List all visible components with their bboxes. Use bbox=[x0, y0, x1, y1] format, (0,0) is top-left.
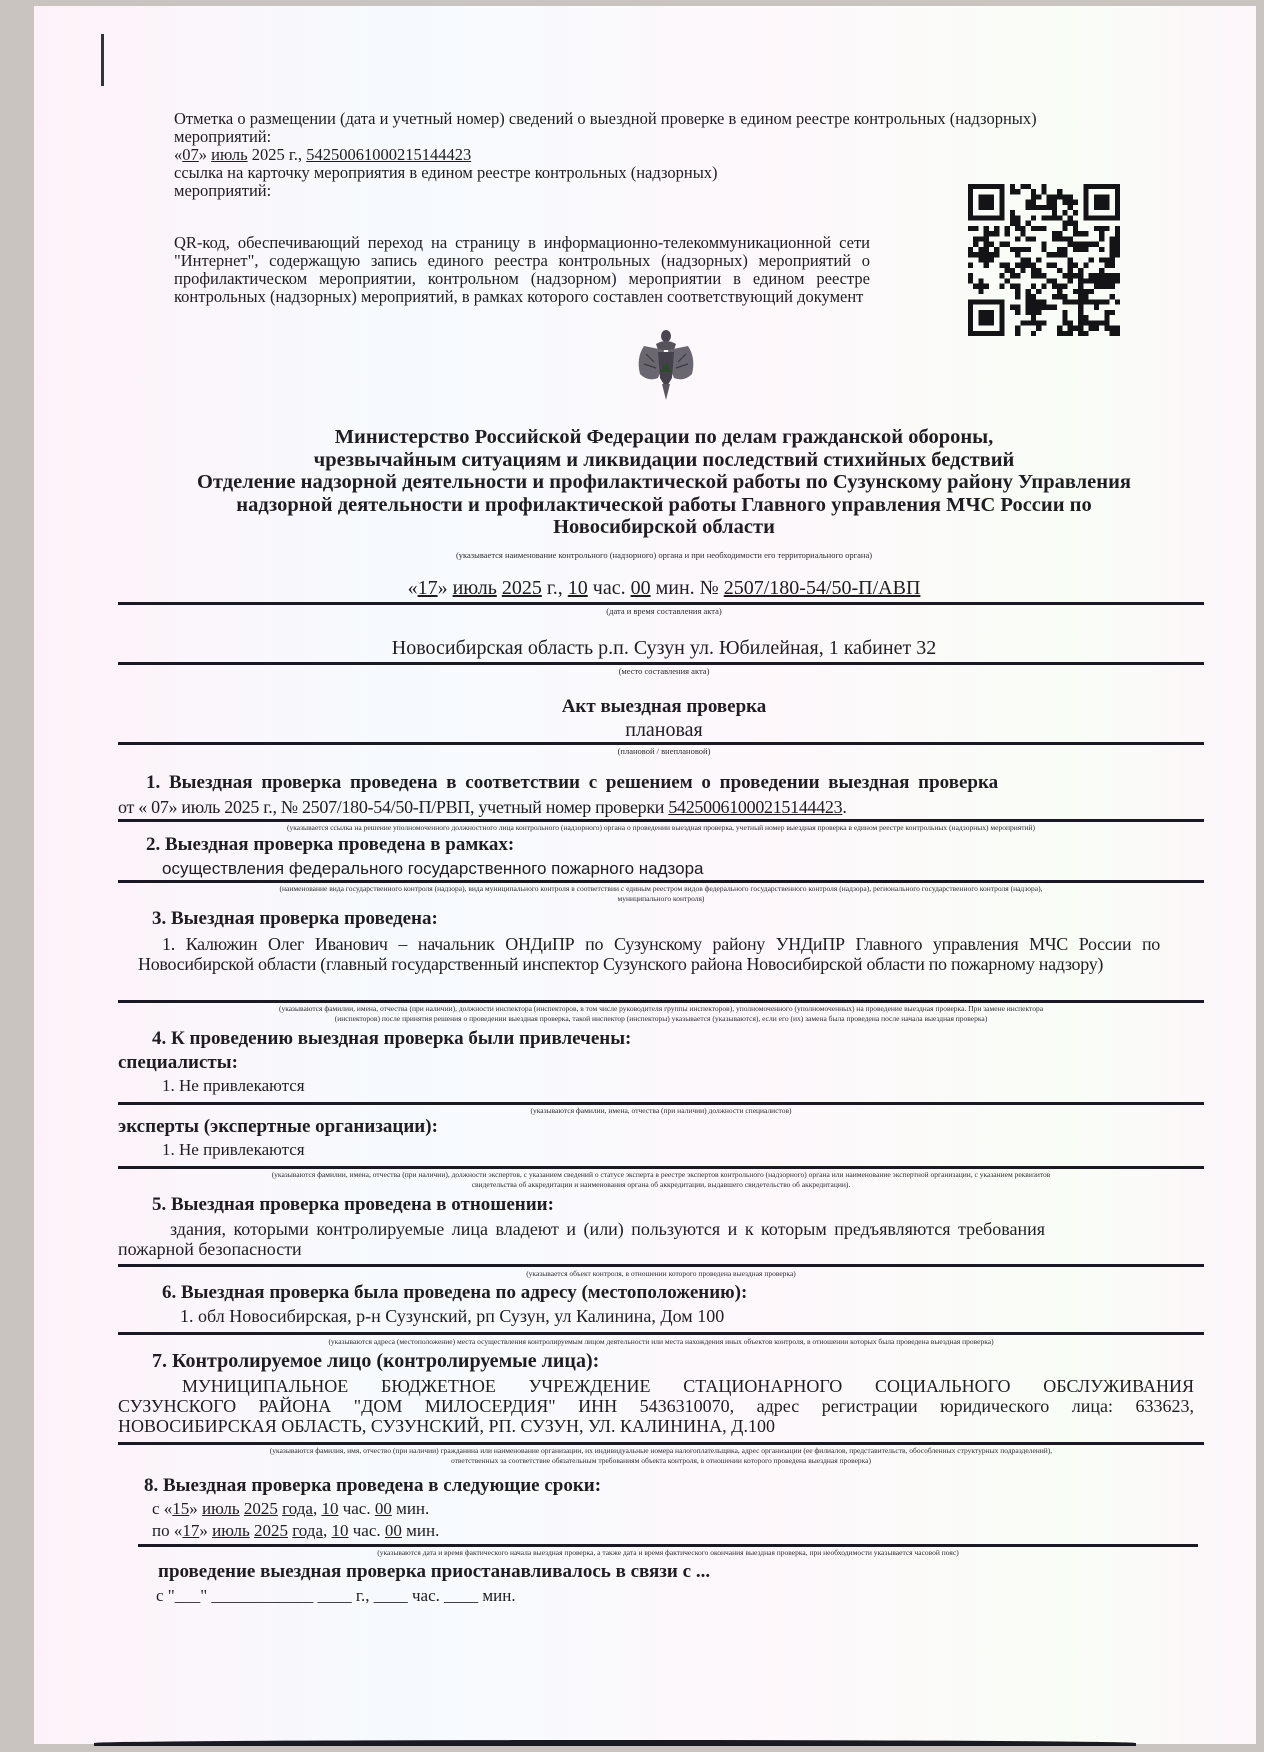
qr-description: QR-код, обеспечивающий переход на страни… bbox=[174, 234, 870, 306]
registry-date-month: июль bbox=[211, 145, 248, 164]
divider bbox=[118, 880, 1204, 883]
act-datetime: «17» июль 2025 г., 10 час. 00 мин. № 250… bbox=[144, 577, 1184, 599]
act-type: плановая bbox=[144, 719, 1184, 741]
divider bbox=[118, 662, 1204, 665]
suspension-period-line: с "___" ____________ ____ г., ____ час. … bbox=[156, 1586, 956, 1606]
section-5-value-line2: пожарной безопасности bbox=[118, 1239, 718, 1259]
section-1-registry-number: 54250061000215144423 bbox=[668, 797, 842, 817]
section-8-title: 8. Выездная проверка проведена в следующ… bbox=[144, 1475, 1144, 1496]
act-place-hint: (место составления акта) bbox=[144, 666, 1184, 676]
divider bbox=[118, 1332, 1204, 1335]
registry-notice-line2: мероприятий: bbox=[174, 128, 1134, 146]
act-year: 2025 bbox=[502, 577, 542, 599]
section-3-hint: (указываются фамилии, имена, отчества (п… bbox=[118, 1004, 1204, 1024]
section-1-body: от « 07» июль 2025 г., № 2507/180-54/50-… bbox=[118, 797, 1198, 817]
registry-date-day: 07 bbox=[182, 145, 199, 164]
emchs-emblem-icon bbox=[634, 328, 698, 402]
act-number: 2507/180-54/50-П/АВП bbox=[724, 577, 921, 599]
scan-edge-shadow bbox=[94, 1740, 1136, 1746]
divider bbox=[118, 1264, 1204, 1267]
section-2-hint: (наименование вида государственного конт… bbox=[118, 884, 1204, 904]
divider bbox=[138, 1544, 1198, 1547]
scanned-document-page: Отметка о размещении (дата и учетный ном… bbox=[34, 6, 1256, 1744]
section-1-title: 1. Выездная проверка проведена в соответ… bbox=[146, 772, 1196, 793]
specialists-label: специалисты: bbox=[118, 1052, 718, 1073]
divider bbox=[118, 602, 1204, 605]
registry-notice-line1: Отметка о размещении (дата и учетный ном… bbox=[174, 110, 1134, 128]
section-1-hint: (указывается ссылка на решение уполномоч… bbox=[118, 823, 1204, 833]
experts-hint: (указываются фамилии, имена, отчества (п… bbox=[118, 1170, 1204, 1190]
qr-code-icon[interactable] bbox=[968, 184, 1120, 336]
section-4-title: 4. К проведению выездная проверка были п… bbox=[152, 1028, 1152, 1049]
act-type-hint: (плановой / внеплановой) bbox=[144, 746, 1184, 756]
divider bbox=[118, 1166, 1204, 1169]
section-7-title: 7. Контролируемое лицо (контролируемые л… bbox=[152, 1351, 1152, 1372]
organization-hint: (указывается наименование контрольного (… bbox=[144, 550, 1184, 560]
specialists-value: 1. Не привлекаются bbox=[162, 1076, 762, 1096]
divider bbox=[118, 1102, 1204, 1105]
suspension-title: проведение выездная проверка приостанавл… bbox=[158, 1561, 1158, 1582]
inspection-end: по «17» июль 2025 года, 10 час. 00 мин. bbox=[152, 1521, 952, 1541]
section-5-title: 5. Выездная проверка проведена в отношен… bbox=[152, 1194, 1152, 1215]
act-title: Акт выездная проверка bbox=[144, 696, 1184, 717]
act-hour: 10 bbox=[568, 577, 588, 599]
act-place: Новосибирская область р.п. Сузун ул. Юби… bbox=[144, 637, 1184, 659]
section-6-value: 1. обл Новосибирская, р-н Сузунский, рп … bbox=[180, 1306, 1180, 1326]
inspection-start: с «15» июль 2025 года, 10 час. 00 мин. bbox=[152, 1499, 952, 1519]
registry-link-label-line1: ссылка на карточку мероприятия в едином … bbox=[174, 164, 1134, 182]
divider bbox=[118, 1000, 1204, 1003]
section-2-value: осуществления федерального государственн… bbox=[162, 859, 1162, 879]
divider bbox=[118, 742, 1204, 745]
scan-margin-mark bbox=[101, 34, 104, 86]
section-6-hint: (указываются адреса (местоположение) мес… bbox=[118, 1337, 1204, 1347]
divider bbox=[118, 1442, 1204, 1445]
section-7-value: МУНИЦИПАЛЬНОЕ БЮДЖЕТНОЕ УЧРЕЖДЕНИЕ СТАЦИ… bbox=[118, 1376, 1194, 1436]
act-minute: 00 bbox=[631, 577, 651, 599]
specialists-hint: (указываются фамилии, имена, отчества (п… bbox=[118, 1106, 1204, 1116]
experts-value: 1. Не привлекаются bbox=[162, 1140, 762, 1160]
section-2-title: 2. Выездная проверка проведена в рамках: bbox=[146, 834, 1146, 855]
organization-name: Министерство Российской Федерации по дел… bbox=[144, 426, 1184, 539]
section-8-hint: (указываются дата и время фактического н… bbox=[138, 1548, 1198, 1558]
section-3-value: 1. Калюжин Олег Иванович – начальник ОНД… bbox=[138, 934, 1160, 974]
section-6-title: 6. Выездная проверка была проведена по а… bbox=[162, 1282, 1162, 1303]
registry-date-line: «07» июль 2025 г., 54250061000215144423 bbox=[174, 146, 1134, 164]
registry-number: 54250061000215144423 bbox=[306, 145, 471, 164]
act-day: 17 bbox=[418, 577, 438, 599]
section-7-hint: (указываются фамилия, имя, отчество (при… bbox=[118, 1446, 1204, 1466]
section-3-title: 3. Выездная проверка проведена: bbox=[152, 908, 1152, 929]
act-month: июль bbox=[453, 577, 497, 599]
experts-label: эксперты (экспертные организации): bbox=[118, 1116, 718, 1137]
section-5-hint: (указывается объект контроля, в отношени… bbox=[118, 1269, 1204, 1279]
act-datetime-hint: (дата и время составления акта) bbox=[144, 606, 1184, 616]
divider bbox=[118, 819, 1204, 822]
section-5-value: здания, которыми контролируемые лица вла… bbox=[118, 1219, 1186, 1239]
